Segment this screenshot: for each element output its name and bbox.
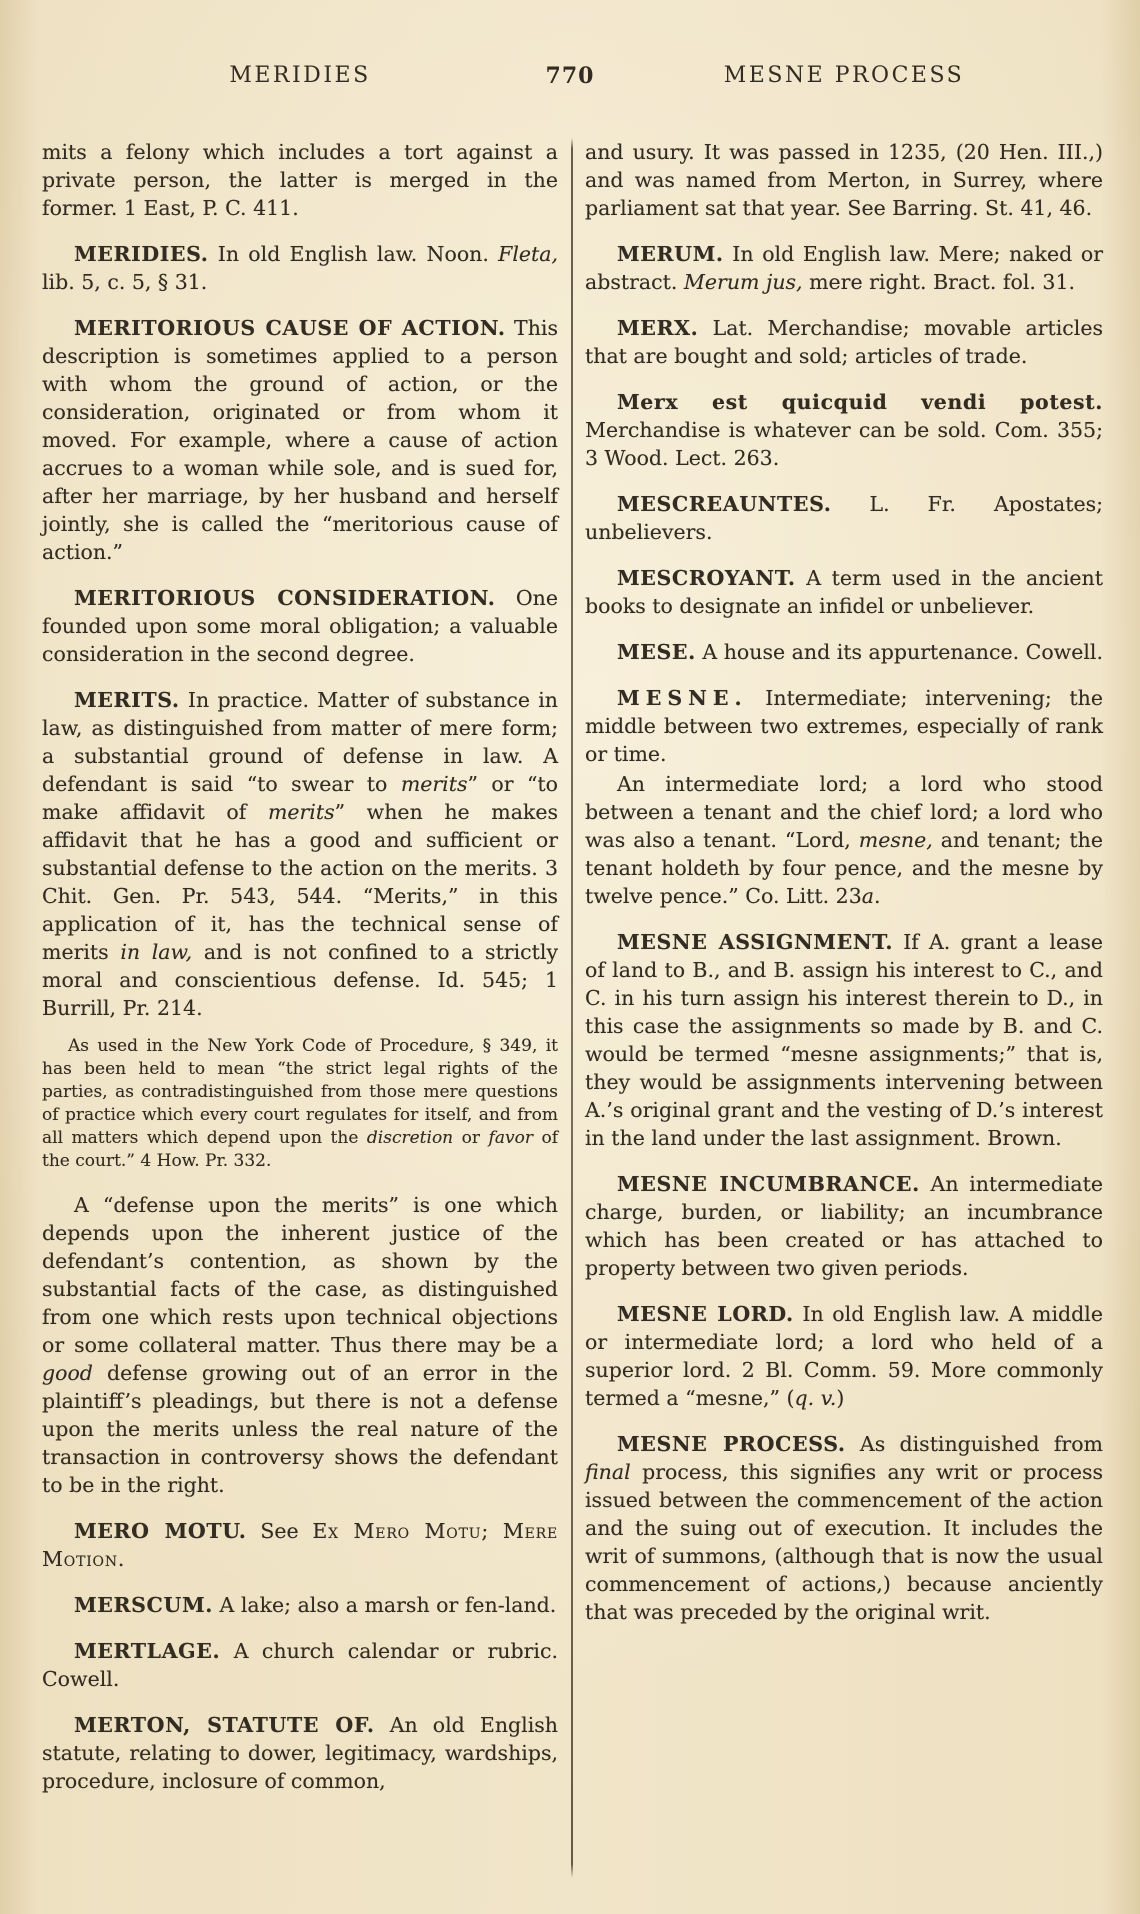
text-segment: MERX. (617, 316, 698, 340)
text-segment: merits (268, 800, 335, 824)
text-segment: A “defense upon the merits” is one which… (42, 1193, 558, 1357)
text-segment: In old English law. Noon. (209, 242, 499, 266)
text-segment: As distinguished from (846, 1432, 1103, 1456)
text-segment (489, 1519, 503, 1543)
text-segment: A house and its appurtenance. Cowell. (696, 640, 1103, 664)
text-segment: . (874, 884, 881, 908)
text-segment: Merum jus, (684, 270, 803, 294)
text-segment: MESCREAUNTES. (617, 492, 832, 516)
small-print-paragraph: As used in the New York Code of Procedur… (42, 1035, 558, 1173)
text-segment: MERITORIOUS CONSIDERATION. (74, 586, 496, 610)
column-divider (571, 138, 573, 1878)
text-segment: MESNE PROCESS. (617, 1432, 846, 1456)
text-segment: mesne, (859, 828, 933, 852)
dictionary-entry-mesne: MESNE. Intermediate; intervening; the mi… (585, 684, 1103, 768)
text-segment: MERITORIOUS CAUSE OF ACTION. (74, 316, 506, 340)
text-segment: q. v. (795, 1386, 837, 1410)
scanned-book-page: MERIDIES 770 MESNE PROCESS mits a felony… (0, 0, 1140, 1914)
text-segment: MERUM. (617, 242, 724, 266)
text-segment: MESNE LORD. (617, 1302, 794, 1326)
text-segment: MERTON, STATUTE OF. (74, 1713, 375, 1737)
dictionary-entry-mesne-process: MESNE PROCESS. As distinguished from fin… (585, 1430, 1103, 1626)
defense-upon-merits-paragraph: A “defense upon the merits” is one which… (42, 1191, 558, 1499)
text-segment: ) (836, 1386, 844, 1410)
text-segment: merits (401, 772, 468, 796)
text-segment: or (453, 1128, 488, 1148)
text-segment: Ex Mero Motu; (312, 1519, 489, 1543)
dictionary-entry-merx: MERX. Lat. Merchandise; movable articles… (585, 314, 1103, 370)
text-segment: favor (489, 1128, 533, 1148)
dictionary-entry-merits: MERITS. In practice. Matter of substance… (42, 686, 558, 1022)
dictionary-entry-mese: MESE. A house and its appurtenance. Cowe… (585, 638, 1103, 666)
text-segment: This description is sometimes applied to… (42, 316, 558, 564)
text-segment: If A. grant a lease of land to B., and B… (585, 930, 1103, 1150)
text-segment: in law, (120, 940, 192, 964)
text-segment: discretion (367, 1128, 453, 1148)
text-segment: mere right. Bract. fol. 31. (803, 270, 1075, 294)
text-segment: MESNE INCUMBRANCE. (617, 1172, 920, 1196)
dictionary-entry-mertlage: MERTLAGE. A church calendar or rubric. C… (42, 1637, 558, 1693)
page-header: MERIDIES 770 MESNE PROCESS (0, 0, 1140, 92)
text-segment: MERIDIES. (74, 242, 209, 266)
text-segment: MESNE. (617, 686, 748, 710)
continuation-paragraph: and usury. It was passed in 1235, (20 He… (585, 138, 1103, 222)
text-segment: MESCROYANT. (617, 566, 796, 590)
continuation-paragraph: mits a felony which includes a tort agai… (42, 138, 558, 222)
text-segment: See (247, 1519, 313, 1543)
dictionary-entry-mesne-incumbrance: MESNE INCUMBRANCE. An intermediate charg… (585, 1170, 1103, 1282)
dictionary-entry-merton-statute-of: MERTON, STATUTE OF. An old English statu… (42, 1711, 558, 1795)
dictionary-entry-merx-maxim: Merx est quicquid vendi potest. Merchand… (585, 388, 1103, 472)
dictionary-entry-mesne-assignment: MESNE ASSIGNMENT. If A. grant a lease of… (585, 928, 1103, 1152)
text-segment: and usury. It was passed in 1235, (20 He… (585, 140, 1103, 220)
text-segment: MERO MOTU. (74, 1519, 247, 1543)
column-right: and usury. It was passed in 1235, (20 He… (585, 138, 1103, 1878)
text-segment: process, this signifies any writ or proc… (585, 1460, 1103, 1624)
running-title-right: MESNE PROCESS (585, 62, 1103, 92)
dictionary-entry-mesne-lord: MESNE LORD. In old English law. A middle… (585, 1300, 1103, 1412)
dictionary-entry-meritorious-consideration: MERITORIOUS CONSIDERATION. One founded u… (42, 584, 558, 668)
text-segment: mits a felony which includes a tort agai… (42, 140, 558, 220)
text-segment: Merchandise is whatever can be sold. Com… (585, 418, 1103, 470)
text-segment: defense growing out of an error in the p… (42, 1361, 558, 1497)
text-segment: good (42, 1361, 93, 1385)
text-segment: lib. 5, c. 5, § 31. (42, 270, 207, 294)
dictionary-entry-mescroyant: MESCROYANT. A term used in the ancient b… (585, 564, 1103, 620)
text-segment: Merx est quicquid vendi potest. (617, 390, 1103, 414)
text-segment: MESNE ASSIGNMENT. (617, 930, 893, 954)
dictionary-entry-merscum: MERSCUM. A lake; also a marsh or fen-lan… (42, 1591, 558, 1619)
text-segment: MERITS. (74, 688, 180, 712)
text-segment: final (585, 1460, 631, 1484)
text-segment: A lake; also a marsh or fen-land. (213, 1593, 556, 1617)
mesne-sub-paragraph: An intermediate lord; a lord who stood b… (585, 770, 1103, 910)
text-segment: Fleta, (498, 242, 558, 266)
column-left: mits a felony which includes a tort agai… (42, 138, 558, 1878)
text-segment: MESE. (617, 640, 696, 664)
dictionary-entry-meridies: MERIDIES. In old English law. Noon. Flet… (42, 240, 558, 296)
dictionary-entry-mero-motu: MERO MOTU. See Ex Mero Motu; Mere Motion… (42, 1517, 558, 1573)
dictionary-entry-merum: MERUM. In old English law. Mere; naked o… (585, 240, 1103, 296)
text-segment: MERSCUM. (74, 1593, 213, 1617)
dictionary-entry-mescreauntes: MESCREAUNTES. L. Fr. Apostates; unbeliev… (585, 490, 1103, 546)
text-segment: MERTLAGE. (74, 1639, 220, 1663)
text-columns: mits a felony which includes a tort agai… (0, 138, 1140, 1878)
text-segment: a (862, 884, 874, 908)
dictionary-entry-meritorious-cause-of-action: MERITORIOUS CAUSE OF ACTION. This descri… (42, 314, 558, 566)
